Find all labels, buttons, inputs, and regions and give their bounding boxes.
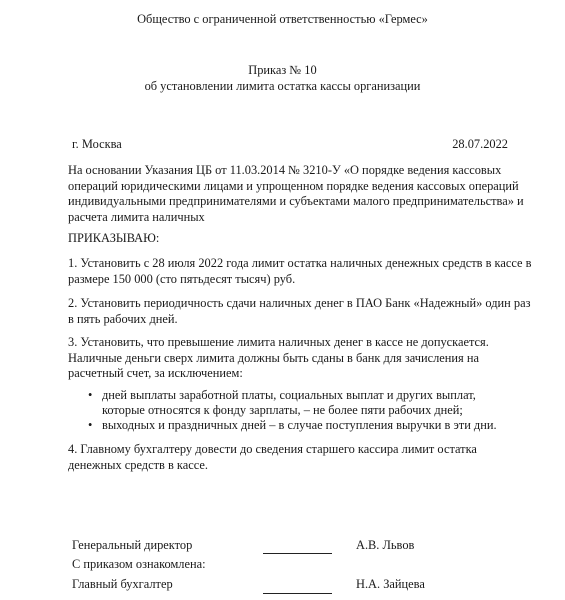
- preamble-line: операций юридическими лицами и упрощенно…: [68, 179, 508, 195]
- item-line: Наличные деньги сверх лимита должны быть…: [68, 351, 508, 367]
- order-item-2: 2. Установить периодичность сдачи наличн…: [68, 296, 508, 327]
- bullet-icon: •: [88, 388, 92, 404]
- acknowledged-label: С приказом ознакомлена:: [72, 557, 206, 573]
- order-item-4: 4. Главному бухгалтеру довести до сведен…: [68, 442, 508, 473]
- accountant-name: Н.А. Зайцева: [356, 577, 425, 593]
- director-signature-line: [263, 553, 332, 554]
- item-line: 1. Установить с 28 июля 2022 года лимит …: [68, 256, 508, 272]
- item-line: 3. Установить, что превышение лимита нал…: [68, 335, 508, 351]
- order-subject: об установлении лимита остатка кассы орг…: [0, 79, 565, 95]
- item-line: расчетный счет, за исключением:: [68, 366, 508, 382]
- bullet-icon: •: [88, 418, 92, 434]
- item-line: 4. Главному бухгалтеру довести до сведен…: [68, 442, 508, 458]
- order-title: Приказ № 10: [0, 63, 565, 79]
- accountant-signature-line: [263, 593, 332, 594]
- director-name: А.В. Львов: [356, 538, 414, 554]
- exception-line: которые относятся к фонду зарплаты, – не…: [102, 403, 463, 419]
- order-word: ПРИКАЗЫВАЮ:: [68, 231, 159, 247]
- order-item-1: 1. Установить с 28 июля 2022 года лимит …: [68, 256, 508, 287]
- preamble-line: индивидуальными предпринимателями и субъ…: [68, 194, 508, 210]
- item-line: размере 150 000 (сто пятьдесят тысяч) ру…: [68, 272, 508, 288]
- city: г. Москва: [72, 137, 122, 153]
- preamble-line: расчета лимита наличных: [68, 210, 508, 226]
- exception-line: выходных и праздничных дней – в случае п…: [102, 418, 497, 434]
- preamble: На основании Указания ЦБ от 11.03.2014 №…: [68, 163, 508, 225]
- item-line: 2. Установить периодичность сдачи наличн…: [68, 296, 508, 312]
- preamble-line: На основании Указания ЦБ от 11.03.2014 №…: [68, 163, 508, 179]
- item-line: денежных средств в кассе.: [68, 458, 508, 474]
- accountant-title: Главный бухгалтер: [72, 577, 173, 593]
- order-item-3: 3. Установить, что превышение лимита нал…: [68, 335, 508, 382]
- item-line: в пять рабочих дней.: [68, 312, 508, 328]
- director-title: Генеральный директор: [72, 538, 192, 554]
- exception-line: дней выплаты заработной платы, социальны…: [102, 388, 476, 404]
- order-date: 28.07.2022: [452, 137, 508, 153]
- organization-name: Общество с ограниченной ответственностью…: [0, 12, 565, 28]
